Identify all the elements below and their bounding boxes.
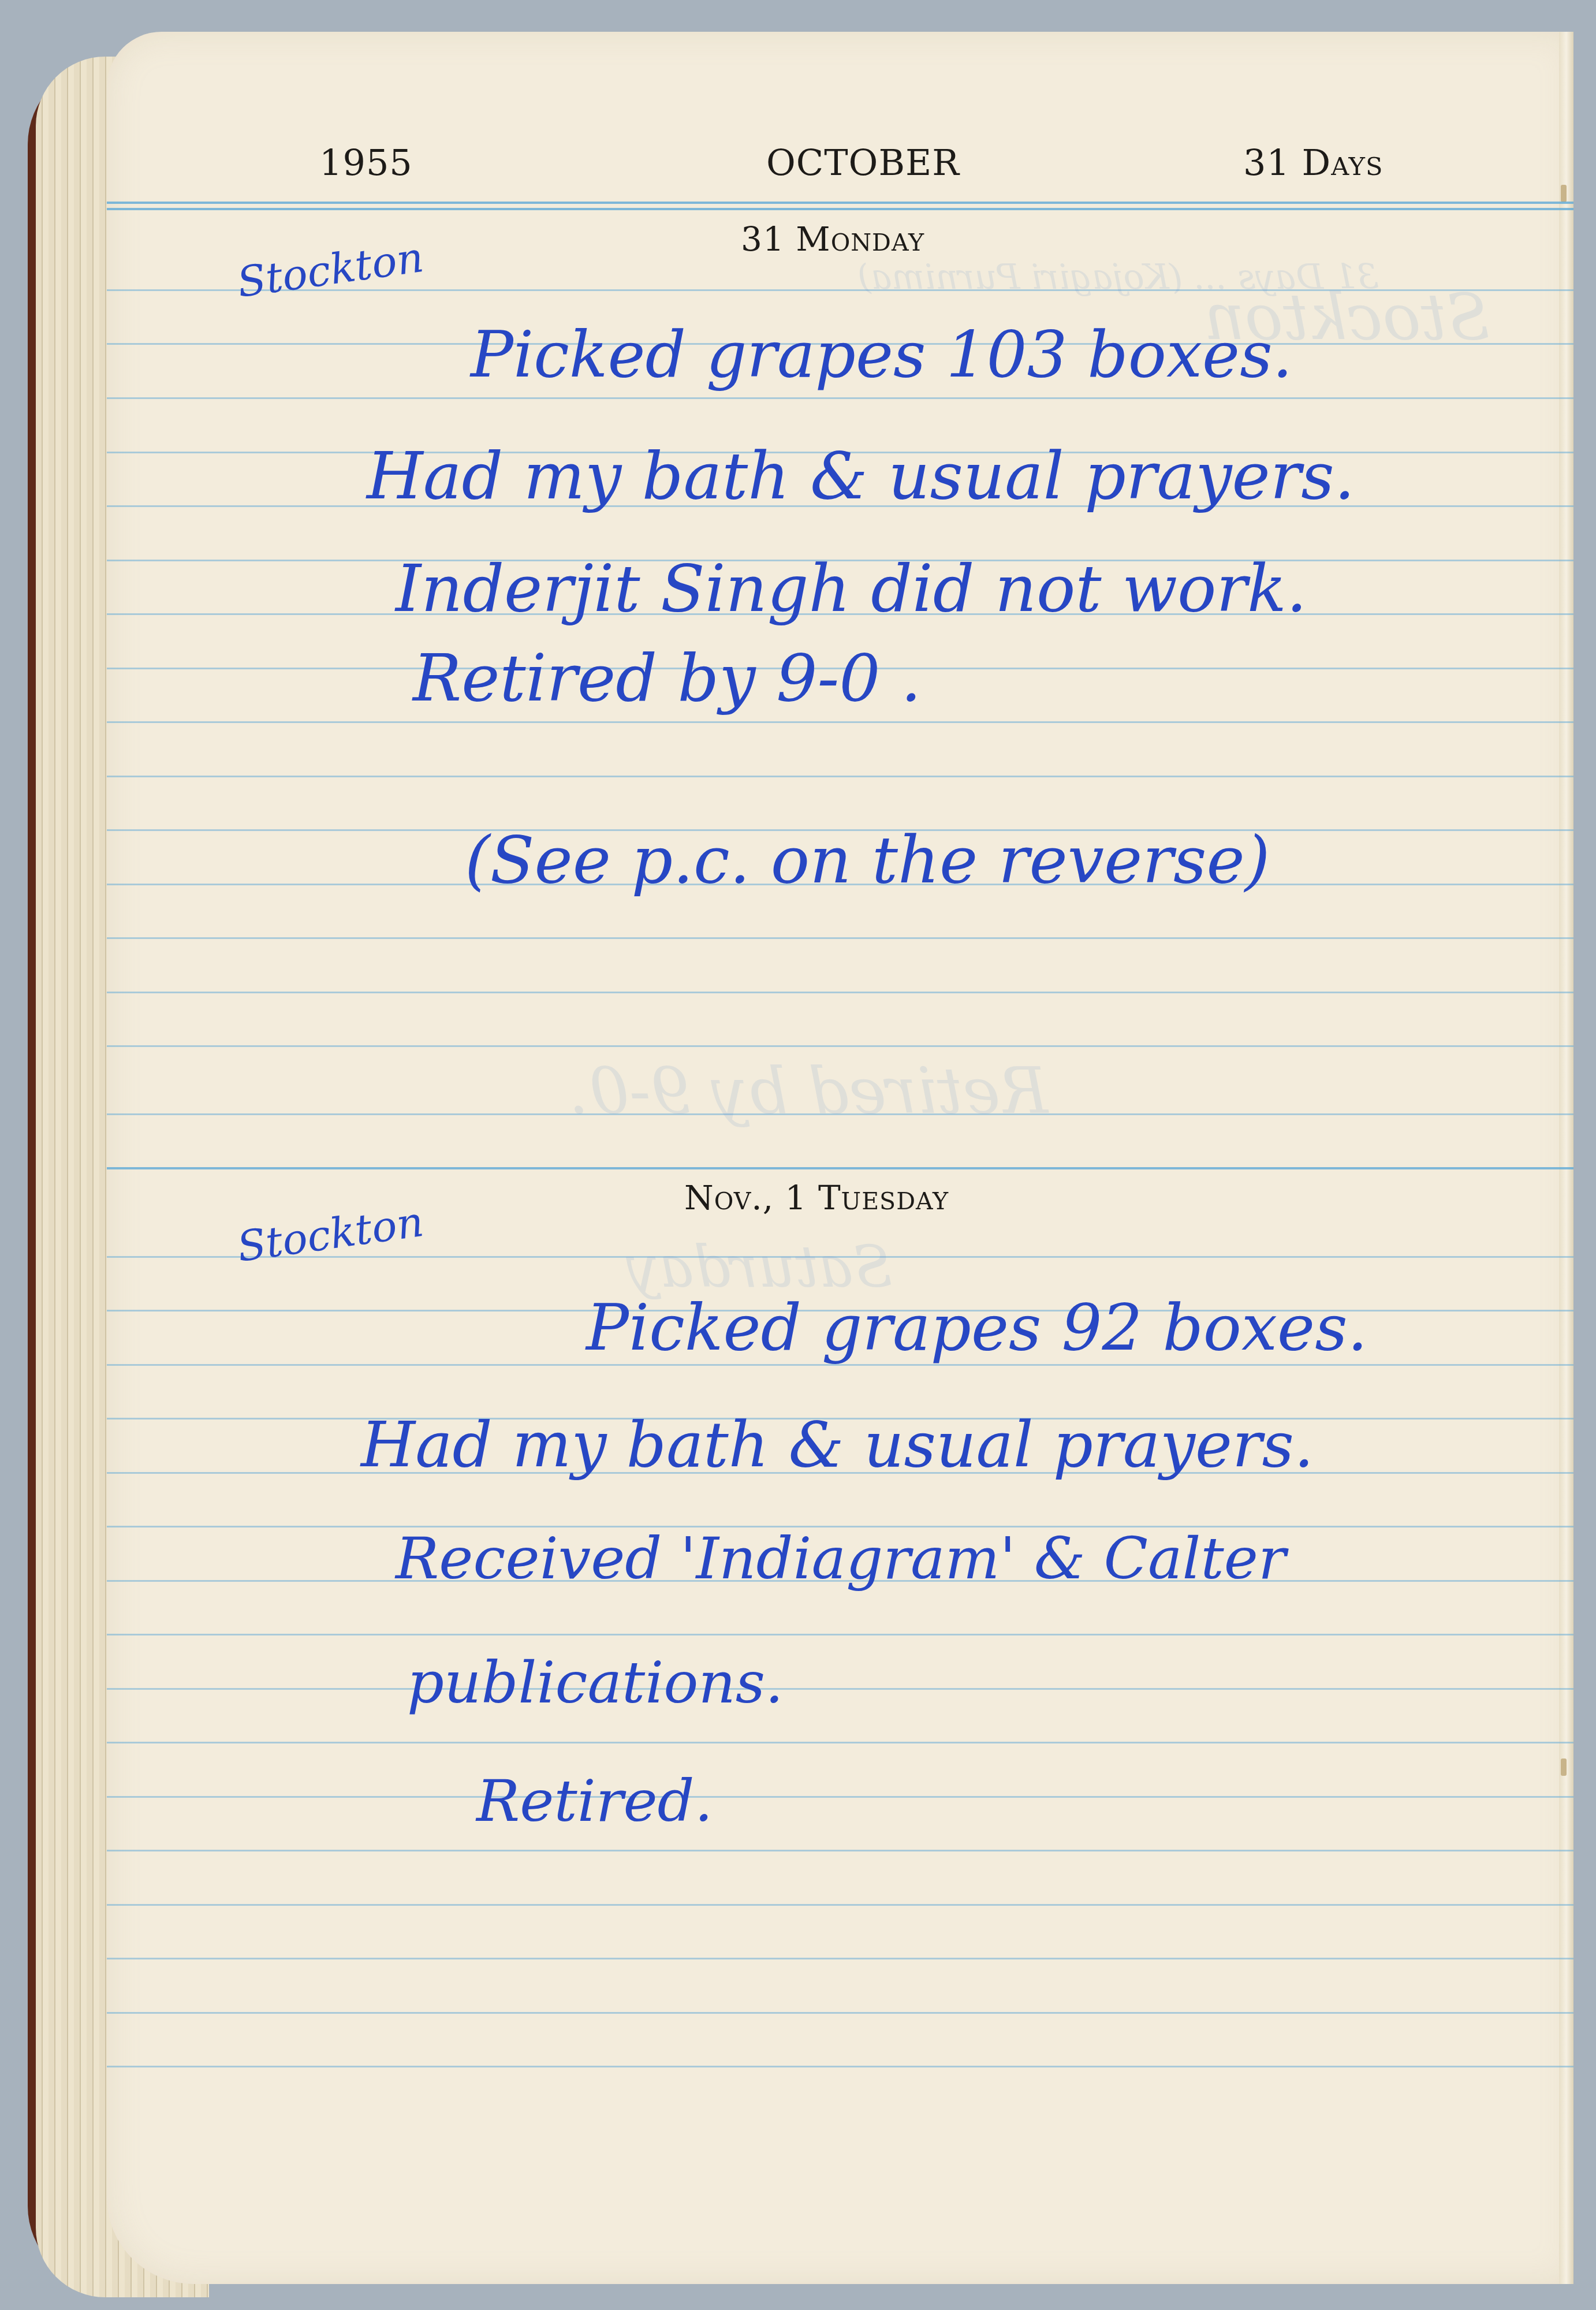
ruled-line bbox=[107, 992, 1573, 993]
ruled-line bbox=[107, 1904, 1573, 1906]
entry-date-heading: Nov., 1 Tuesday bbox=[684, 1178, 949, 1217]
ruled-line bbox=[107, 1742, 1573, 1743]
entry-place-annotation: Stockton bbox=[234, 1197, 427, 1271]
ruled-line bbox=[107, 1688, 1573, 1690]
entry-line: Picked grapes 92 boxes. bbox=[586, 1291, 1368, 1365]
ruled-line bbox=[107, 2012, 1573, 2014]
entry-line: Inderjit Singh did not work. bbox=[396, 552, 1307, 627]
ruled-line bbox=[107, 937, 1573, 939]
diary-page: 31 Days ... (Kojagiri Purnima) Stockton … bbox=[107, 32, 1573, 2284]
ruled-line bbox=[107, 397, 1573, 399]
entry-line: Had my bath & usual prayers. bbox=[361, 1409, 1314, 1481]
binding-thread bbox=[1561, 1758, 1567, 1776]
ruled-line bbox=[107, 1634, 1573, 1635]
entry-line: (See p.c. on the reverse) bbox=[465, 823, 1270, 898]
entry-line: Retired by 9-0 . bbox=[413, 641, 922, 716]
show-through-text: Retired by 9-0. bbox=[569, 1054, 1048, 1128]
header-double-rule bbox=[107, 202, 1573, 204]
header-year: 1955 bbox=[319, 141, 413, 184]
entry-line: Picked grapes 103 boxes. bbox=[471, 318, 1293, 392]
entry-place-annotation: Stockton bbox=[234, 233, 427, 307]
ruled-line bbox=[107, 2066, 1573, 2067]
day-divider-rule bbox=[107, 1167, 1573, 1169]
binding-gutter bbox=[1559, 32, 1573, 2284]
ruled-line bbox=[107, 1045, 1573, 1047]
entry-date-heading: 31 Monday bbox=[741, 219, 924, 259]
header-month: OCTOBER bbox=[766, 141, 960, 184]
ruled-line bbox=[107, 1958, 1573, 1959]
entry-line: Retired. bbox=[476, 1767, 713, 1835]
entry-line: publications. bbox=[407, 1649, 784, 1716]
ruled-line bbox=[107, 1796, 1573, 1798]
entry-line: Received 'Indiagram' & Calter bbox=[396, 1525, 1286, 1592]
ruled-line bbox=[107, 776, 1573, 777]
binding-thread bbox=[1561, 185, 1567, 202]
ruled-line bbox=[107, 721, 1573, 723]
ruled-line bbox=[107, 1850, 1573, 1851]
header-days-count: 31 Days bbox=[1243, 141, 1383, 184]
entry-line: Had my bath & usual prayers. bbox=[367, 439, 1355, 514]
header-double-rule bbox=[107, 208, 1573, 210]
